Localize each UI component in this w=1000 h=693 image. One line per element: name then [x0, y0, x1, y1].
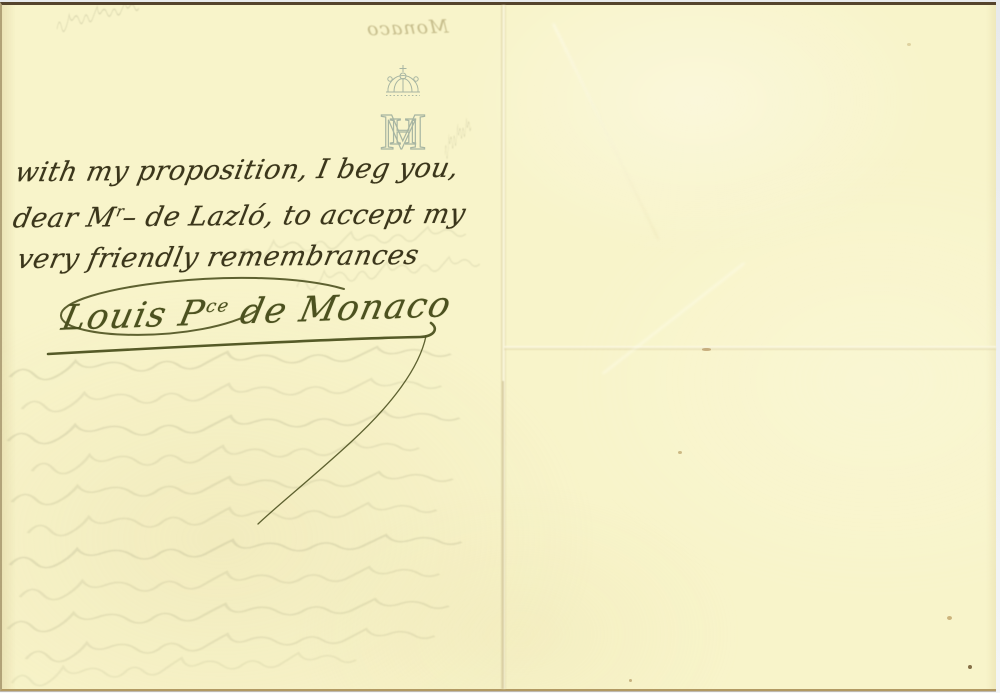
line2-text: – de Lazló, to accept my [120, 199, 469, 234]
horizontal-crease [504, 346, 996, 350]
svg-text:H: H [389, 111, 416, 153]
diagonal-crease [552, 23, 659, 240]
handwriting-line-1: with my proposition, I beg you, [12, 153, 461, 189]
show-through-word: Monaco [366, 16, 449, 41]
monogram-letters: M H [380, 104, 426, 156]
foxing-spot [629, 679, 632, 682]
foxing-spot [907, 43, 911, 46]
diagonal-crease [602, 262, 745, 374]
letter-paper: M H [0, 2, 996, 691]
letter-scan: M H [0, 0, 1000, 693]
crown-monogram-icon: M H [371, 62, 435, 156]
foxing-spot [678, 451, 682, 454]
signature-name: Louis P [58, 294, 209, 339]
handwriting-line-2: dear Mr– de Lazló, to accept my [10, 199, 468, 235]
foxing-spot [968, 665, 972, 669]
svg-text:M: M [380, 104, 426, 156]
signature-place: de Monaco [224, 285, 456, 333]
handwriting-line-3: very friendly remembrances [14, 240, 421, 275]
line2-text: dear M [10, 202, 118, 234]
foxing-spot [947, 616, 952, 620]
signature-text: Louis Pce de Monaco [58, 285, 455, 338]
foxing-spot [702, 348, 711, 351]
